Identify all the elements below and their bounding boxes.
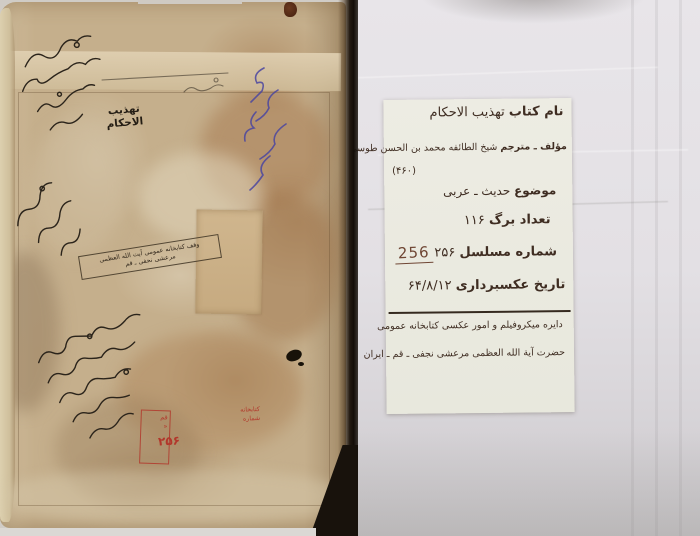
card-footer-department: دایره میکروفیلم و امور عکسی کتابخانه عمو… — [377, 319, 563, 332]
paper-crease — [358, 67, 658, 78]
field-value: حدیث ـ عربی — [443, 184, 510, 199]
field-book-name: نام کتاب تهذیب الاحکام — [429, 104, 563, 120]
ink-blot — [298, 362, 304, 366]
page-shadow-smudge — [418, 0, 648, 24]
handwritten-note-blue-ink — [198, 58, 310, 194]
catalog-card: نام کتاب تهذیب الاحکام مؤلف ـ مترجم شیخ … — [383, 98, 574, 414]
background-gap — [138, 0, 242, 4]
field-value: (۴۶۰) — [392, 166, 416, 177]
red-stamp-box-line2: « — [141, 422, 167, 432]
field-serial-number: شماره مسلسل ۲۵۶ — [434, 244, 557, 260]
field-photo-date: تاریخ عکسبرداری ۶۴/۸/۱۲ — [408, 277, 566, 294]
red-stamp-text: کتابخانه شماره — [202, 405, 261, 425]
manuscript-cover: تهذیب الاحکام وقف کتابخانه عمومی آیت الل… — [0, 2, 346, 528]
flyleaf-page: نام کتاب تهذیب الاحکام مؤلف ـ مترجم شیخ … — [348, 0, 700, 536]
serial-number-latin: 256 — [395, 243, 434, 265]
author-death-year: (۴۶۰) — [392, 166, 416, 177]
field-value: تهذیب الاحکام — [429, 105, 504, 121]
field-label: تاریخ عکسبرداری — [456, 277, 566, 293]
ink-spot — [284, 2, 297, 17]
red-stamp-number: ۲۵۶ — [158, 433, 181, 448]
page-bottom-shading — [348, 430, 700, 536]
field-value: ۲۵۶ — [434, 245, 455, 260]
field-label: نام کتاب — [509, 104, 564, 120]
field-label: مؤلف ـ مترجم — [500, 141, 567, 153]
field-value: ۱۱۶ — [464, 213, 485, 228]
field-label: موضوع — [514, 183, 556, 197]
field-value: ۶۴/۸/۱۲ — [408, 278, 452, 293]
field-subject: موضوع حدیث ـ عربی — [443, 183, 556, 198]
cover-title-inscription: تهذیب الاحکام — [105, 102, 144, 131]
field-author: مؤلف ـ مترجم شیخ الطائفه محمد بن الحسن ط… — [349, 141, 567, 154]
card-divider-line — [389, 310, 571, 314]
paper-repair-patch — [195, 210, 262, 315]
field-label: شماره مسلسل — [459, 244, 557, 260]
card-footer-library: حضرت آیة الله العظمی مرعشی نجفی ـ قم ـ ا… — [364, 347, 566, 360]
field-leaf-count: تعداد برگ ۱۱۶ — [464, 212, 551, 228]
photo-background-strip — [0, 528, 316, 536]
digitized-manuscript-photo: نام کتاب تهذیب الاحکام مؤلف ـ مترجم شیخ … — [0, 0, 700, 536]
field-value: شیخ الطائفه محمد بن الحسن طوسی — [349, 142, 497, 155]
field-label: تعداد برگ — [489, 212, 551, 228]
